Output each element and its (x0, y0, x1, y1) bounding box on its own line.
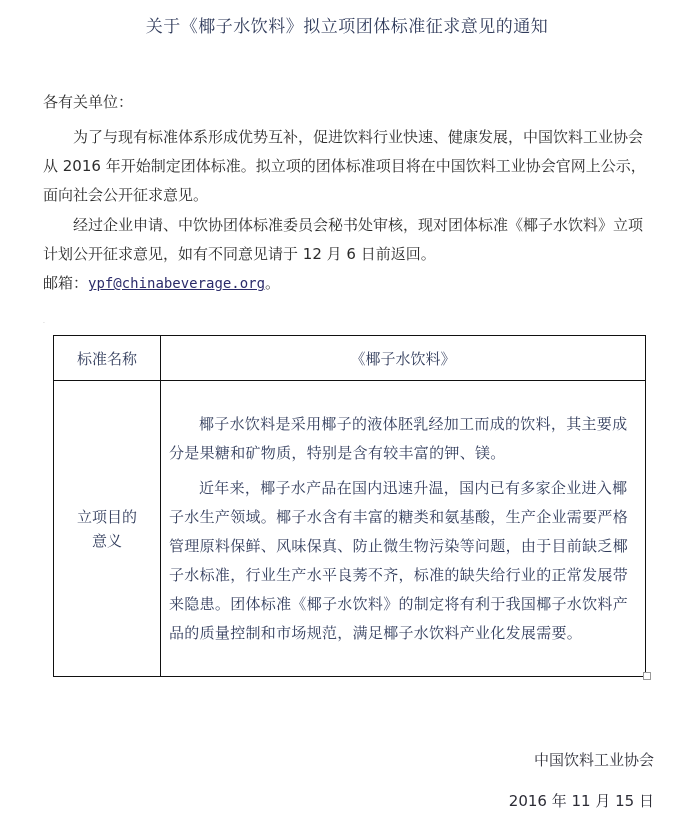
purpose-paragraph-1: 椰子水饮料是采用椰子的液体胚乳经加工而成的饮料，其主要成分是果糖和矿物质，特别是… (169, 410, 639, 468)
document-title: 关于《椰子水饮料》拟立项团体标准征求意见的通知 (0, 12, 694, 37)
table-anchor-mark: · (43, 320, 47, 324)
standard-name-value: 《椰子水饮料》 (161, 336, 646, 381)
purpose-value: 椰子水饮料是采用椰子的液体胚乳经加工而成的饮料，其主要成分是果糖和矿物质，特别是… (161, 381, 646, 677)
table-row: 立项目的意义 椰子水饮料是采用椰子的液体胚乳经加工而成的饮料，其主要成分是果糖和… (54, 381, 646, 677)
standard-info-table: 标准名称 《椰子水饮料》 立项目的意义 椰子水饮料是采用椰子的液体胚乳经加工而成… (53, 335, 646, 677)
paragraph-intro: 为了与现有标准体系形成优势互补，促进饮料行业快速、健康发展，中国饮料工业协会从 … (43, 123, 653, 210)
table-resize-handle[interactable] (643, 672, 651, 680)
email-link[interactable]: ypf@chinabeverage.org (88, 276, 265, 292)
purpose-paragraph-2: 近年来，椰子水产品在国内迅速升温，国内已有多家企业进入椰子水生产领域。椰子水含有… (169, 474, 639, 648)
email-line: 邮箱：ypf@chinabeverage.org。 (43, 269, 653, 299)
signature-date: 2016 年 11 月 15 日 (509, 790, 654, 811)
purpose-label-text: 立项目的意义 (75, 505, 139, 553)
signature-organization: 中国饮料工业协会 (534, 749, 654, 770)
standard-name-label: 标准名称 (54, 336, 161, 381)
purpose-label: 立项目的意义 (54, 381, 161, 677)
email-suffix: 。 (265, 274, 280, 292)
email-label: 邮箱： (43, 274, 88, 292)
paragraph-request: 经过企业申请、中饮协团体标准委员会秘书处审核，现对团体标准《椰子水饮料》立项计划… (43, 211, 653, 269)
salutation: 各有关单位： (43, 88, 653, 117)
table-row: 标准名称 《椰子水饮料》 (54, 336, 646, 381)
